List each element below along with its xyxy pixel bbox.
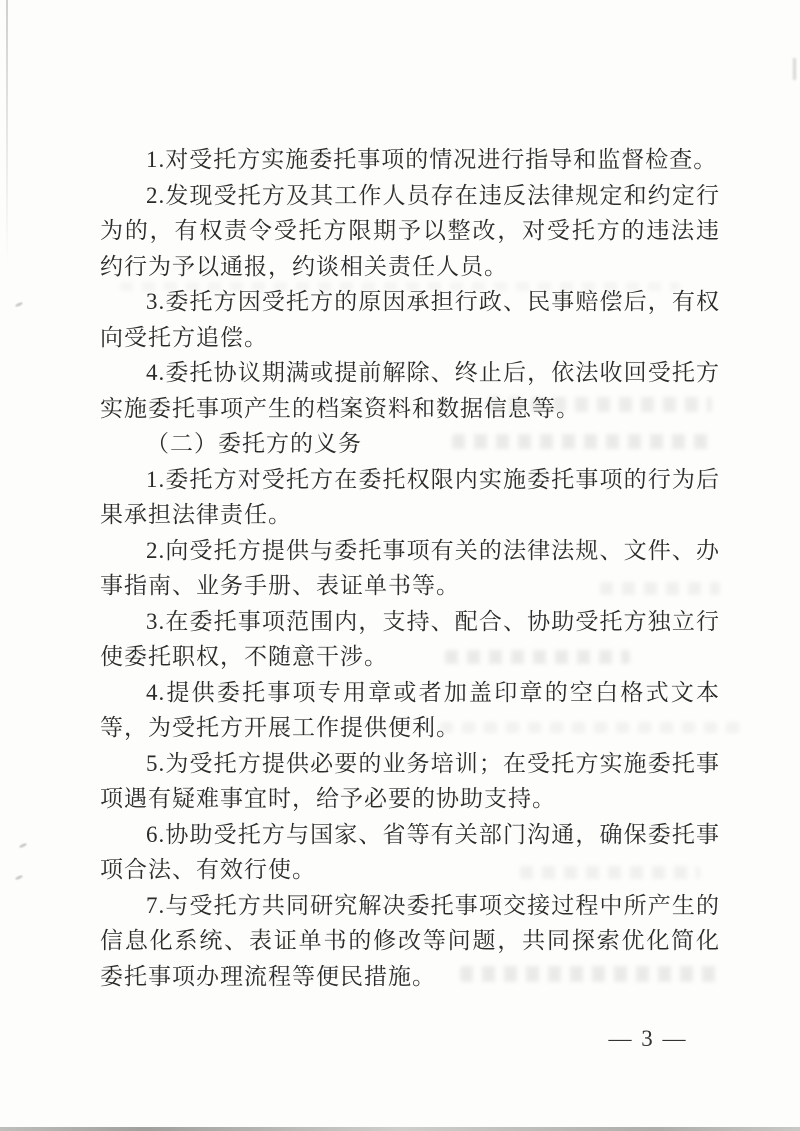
- scan-edge-mark: [793, 58, 796, 80]
- scan-edge-bottom: [0, 1127, 800, 1131]
- scan-edge-left: [6, 0, 8, 265]
- clause-paragraph: 7.与受托方共同研究解决委托事项交接过程中所产生的信息化系统、表证单书的修改等问…: [100, 888, 720, 995]
- clause-paragraph: 4.委托协议期满或提前解除、终止后，依法收回受托方实施委托事项产生的档案资料和数…: [100, 355, 720, 426]
- scan-speck: [15, 874, 24, 880]
- section-heading: （二）委托方的义务: [100, 426, 720, 462]
- clause-paragraph: 6.协助受托方与国家、省等有关部门沟通，确保委托事项合法、有效行使。: [100, 817, 720, 888]
- clause-paragraph: 3.委托方因受托方的原因承担行政、民事赔偿后，有权向受托方追偿。: [100, 284, 720, 355]
- scanned-document-page: 1.对受托方实施委托事项的情况进行指导和监督检查。 2.发现受托方及其工作人员存…: [0, 0, 800, 1131]
- page-number: — 3 —: [598, 1026, 698, 1052]
- clause-paragraph: 4.提供委托事项专用章或者加盖印章的空白格式文本等，为受托方开展工作提供便利。: [100, 675, 720, 746]
- scan-speck: [15, 301, 24, 307]
- clause-paragraph: 1.对受托方实施委托事项的情况进行指导和监督检查。: [100, 142, 720, 178]
- clause-paragraph: 2.发现受托方及其工作人员存在违反法律规定和约定行为的，有权责令受托方限期予以整…: [100, 178, 720, 285]
- scan-speck: [19, 842, 28, 848]
- document-body: 1.对受托方实施委托事项的情况进行指导和监督检查。 2.发现受托方及其工作人员存…: [100, 142, 720, 994]
- clause-paragraph: 2.向受托方提供与委托事项有关的法律法规、文件、办事指南、业务手册、表证单书等。: [100, 533, 720, 604]
- clause-paragraph: 1.委托方对受托方在委托权限内实施委托事项的行为后果承担法律责任。: [100, 462, 720, 533]
- clause-paragraph: 5.为受托方提供必要的业务培训；在受托方实施委托事项遇有疑难事宜时，给予必要的协…: [100, 746, 720, 817]
- clause-paragraph: 3.在委托事项范围内，支持、配合、协助受托方独立行使委托职权，不随意干涉。: [100, 604, 720, 675]
